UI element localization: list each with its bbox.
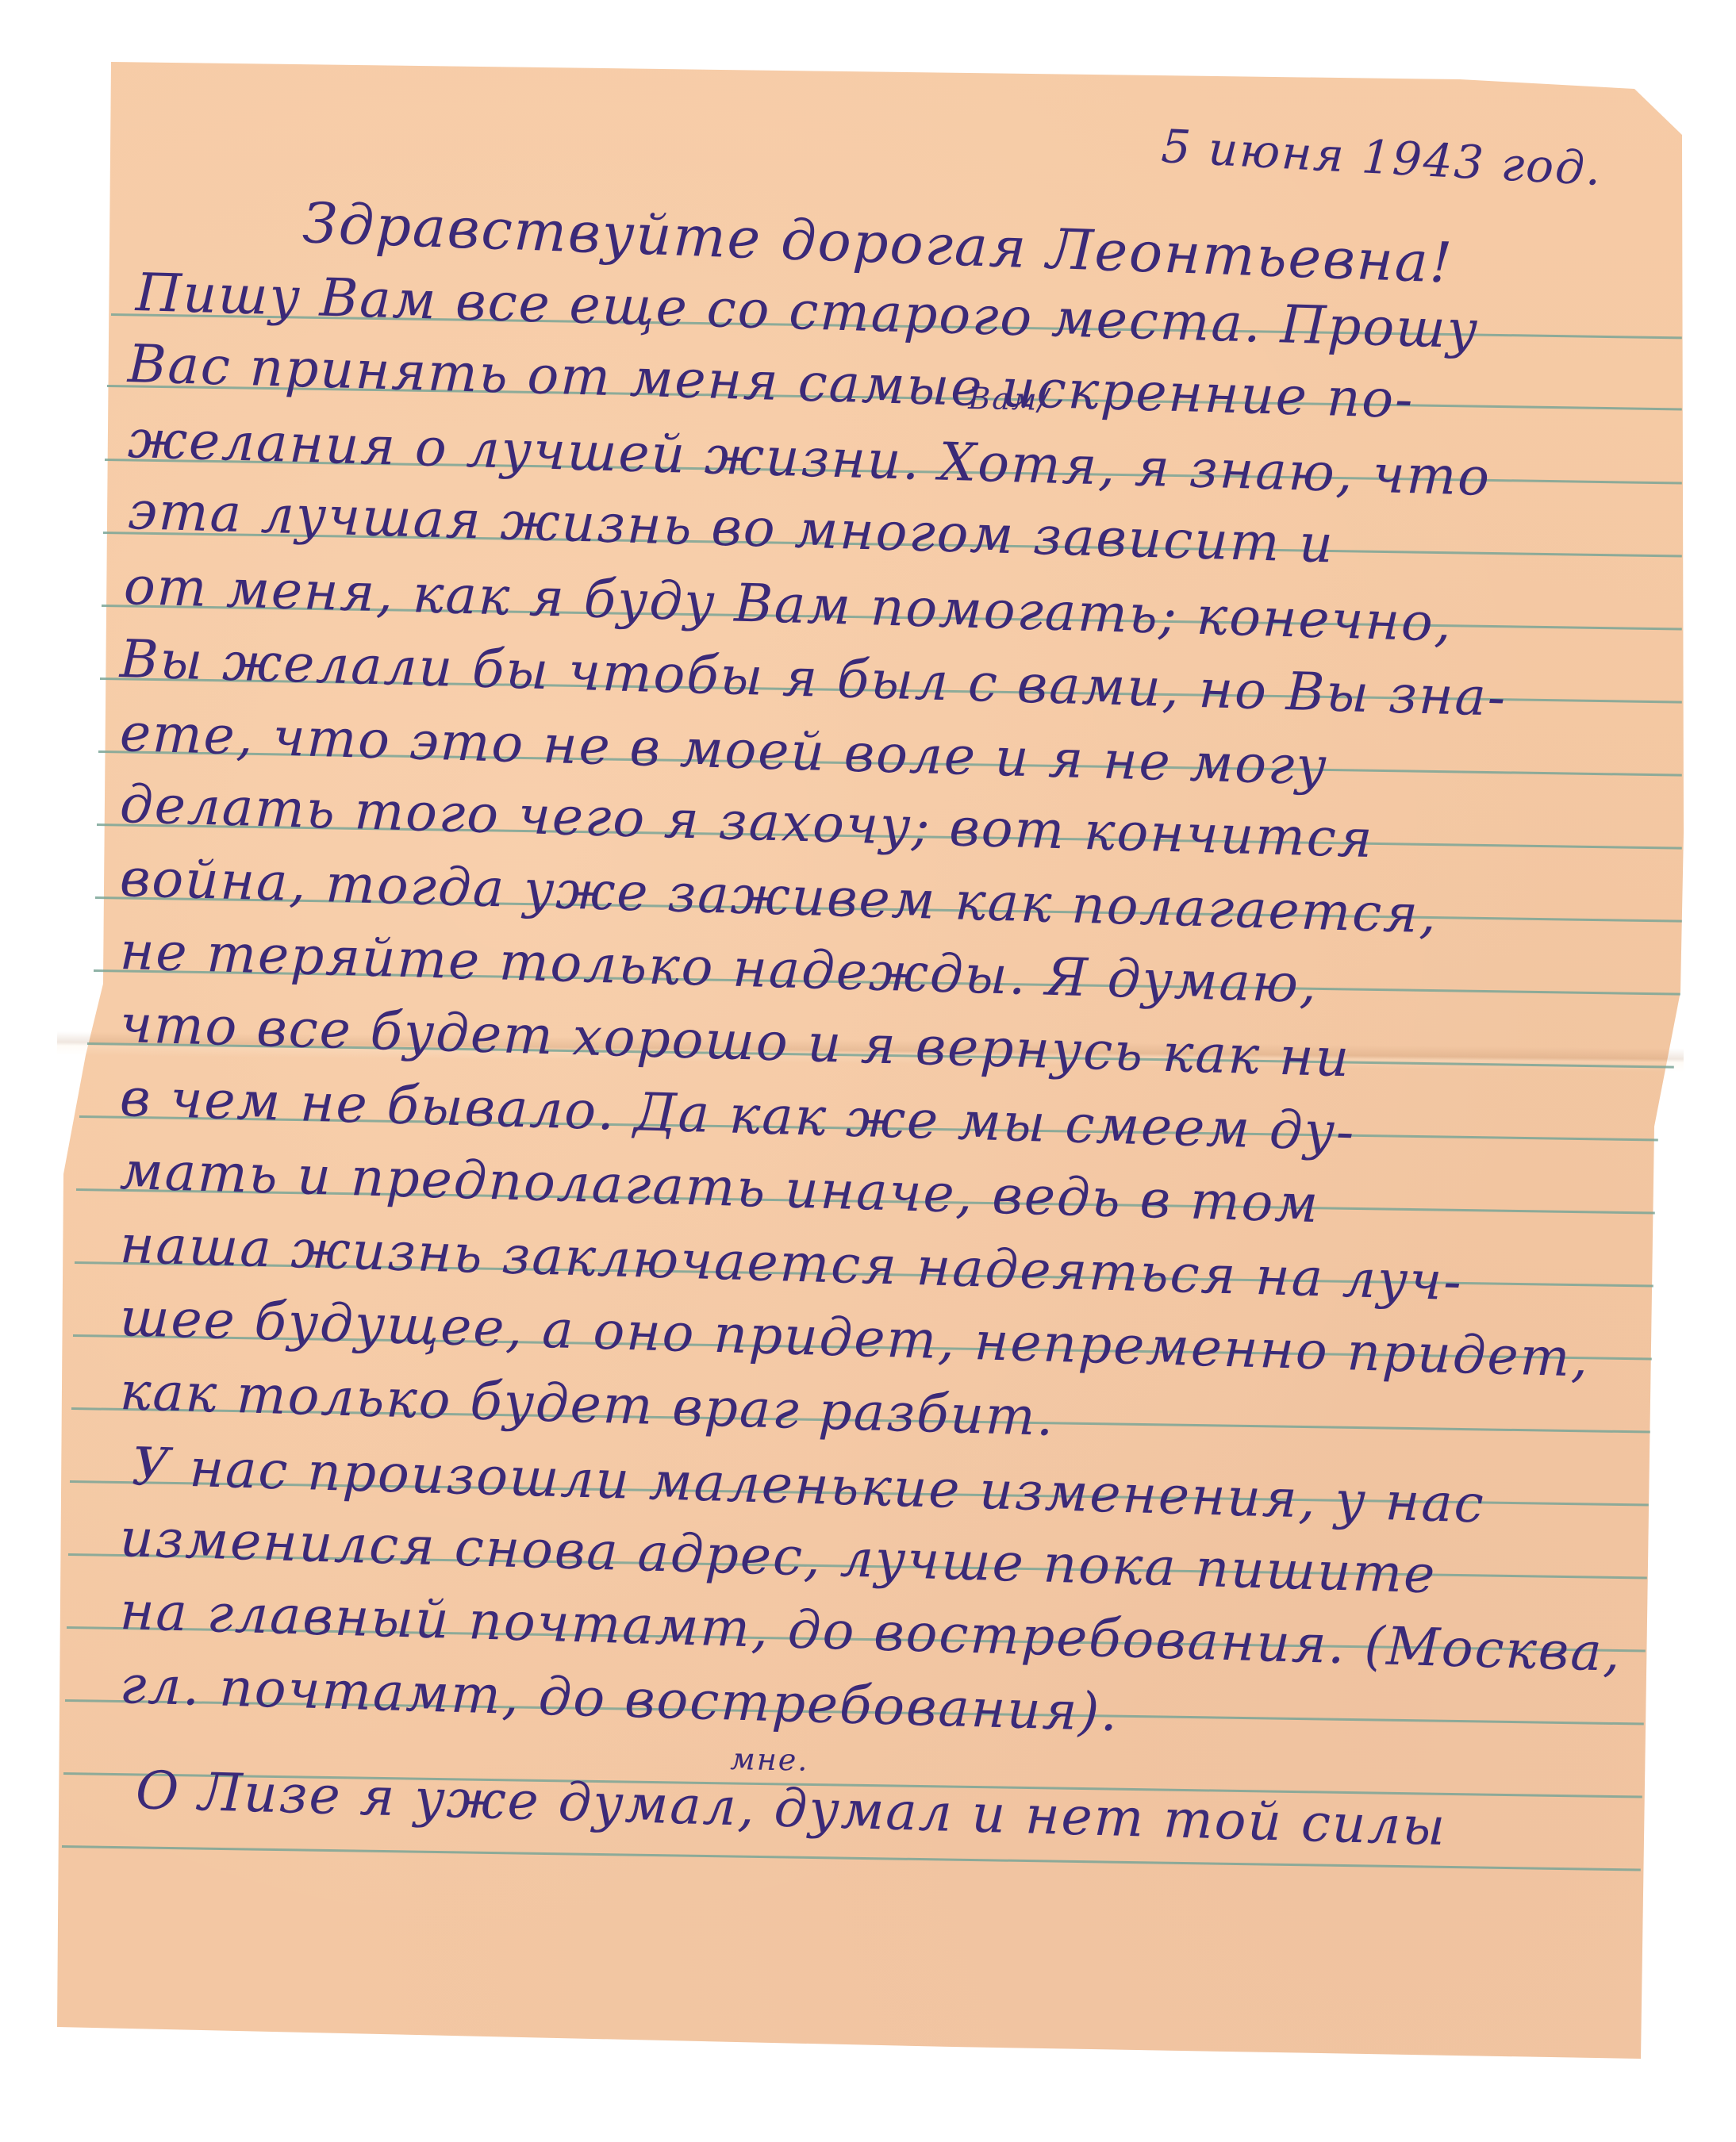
letter-page: 5 июня 1943 год. Здравствуйте дорогая Ле…	[0, 0, 1736, 2142]
insertion-vam: Вам/	[968, 381, 1050, 417]
insertion-mne: мне.	[730, 1741, 809, 1778]
